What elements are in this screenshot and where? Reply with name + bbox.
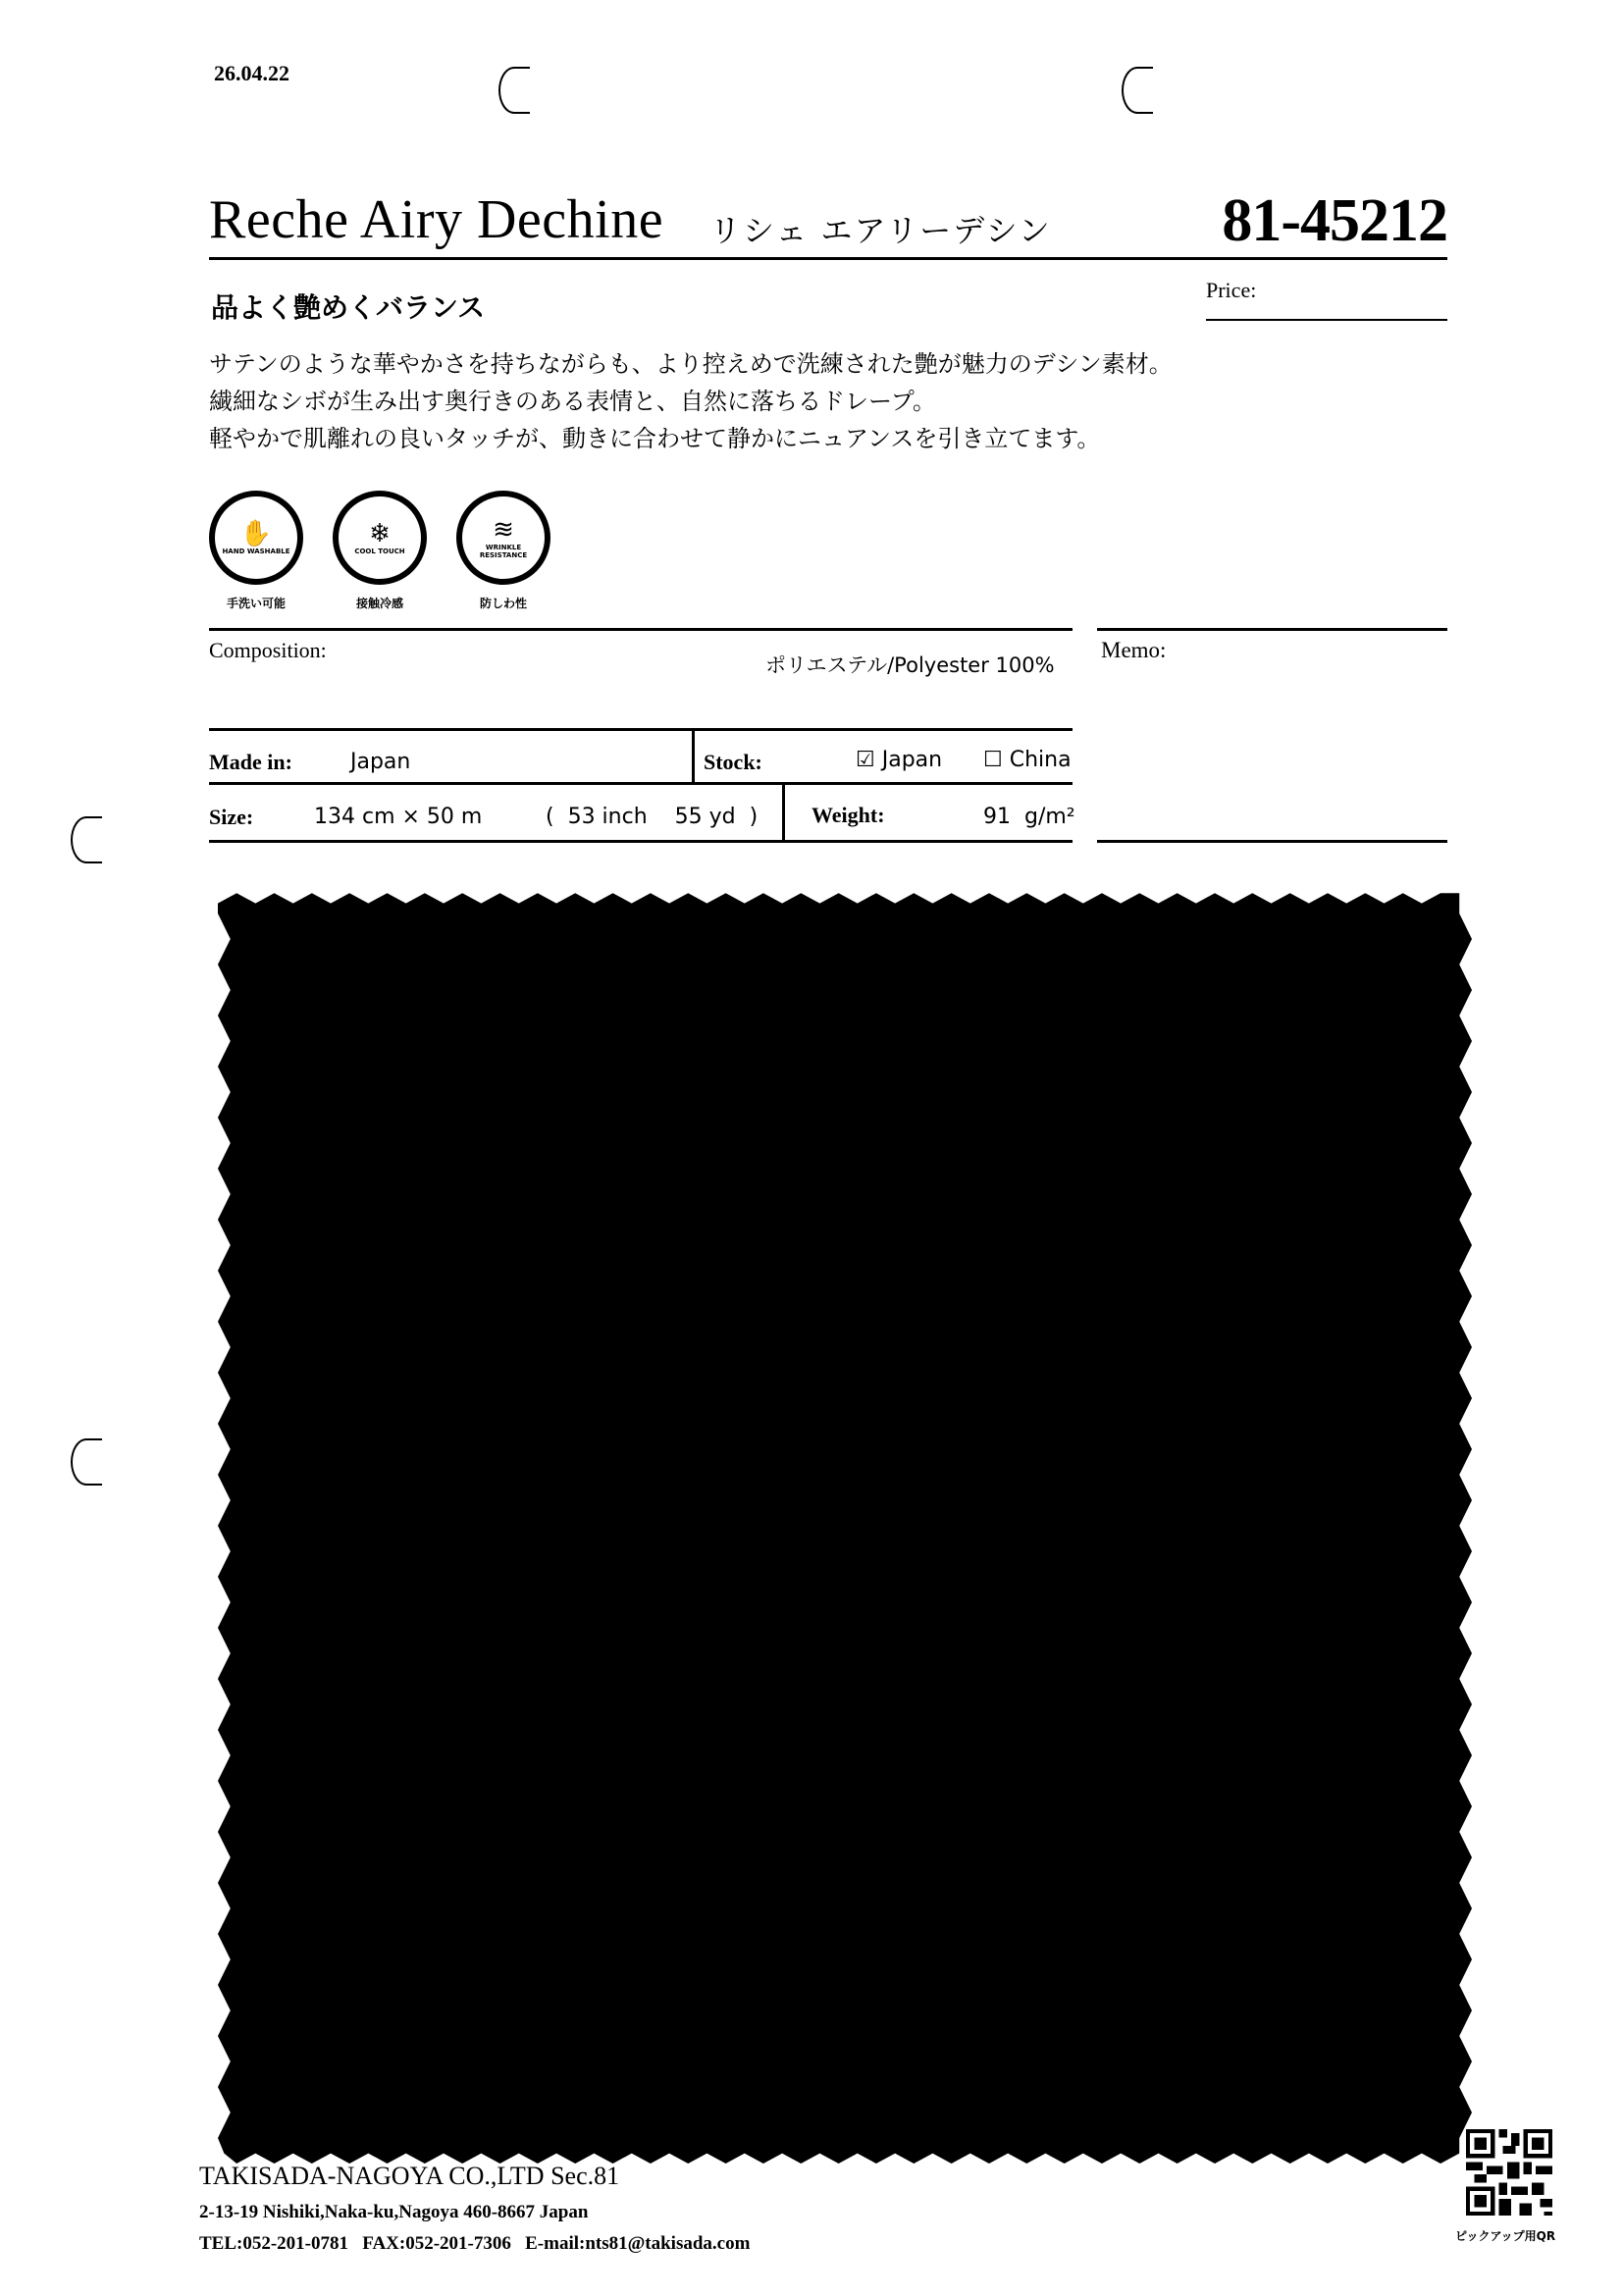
description-line: 軽やかで肌離れの良いタッチが、動きに合わせて静かにニュアンスを引き立てます。	[209, 420, 1173, 457]
product-name-en: Reche Airy Dechine	[209, 188, 663, 251]
feature-cool-touch: ❄ COOL TOUCH 接触冷感	[333, 491, 427, 611]
checkbox-checked-icon[interactable]: ☑	[856, 748, 875, 772]
qr-caption: ピックアップ用QR	[1455, 2227, 1555, 2244]
size-bottom-rule	[209, 840, 1073, 843]
weight-value: 91 g/m²	[983, 805, 1075, 829]
company-contact: TEL:052-201-0781 FAX:052-201-7306 E-mail…	[199, 2233, 750, 2255]
company-address: 2-13-19 Nishiki,Naka-ku,Nagoya 460-8667 …	[199, 2202, 588, 2223]
price-label: Price:	[1206, 278, 1256, 303]
punch-hole-mark	[1122, 67, 1153, 114]
memo-label: Memo:	[1101, 638, 1166, 663]
feature-icons: ✋ HAND WASHABLE 手洗い可能 ❄ COOL TOUCH 接触冷感 …	[209, 491, 550, 611]
composition-bottom-rule	[209, 728, 1073, 731]
stock-bottom-rule	[209, 782, 1073, 785]
punch-hole-mark	[498, 67, 530, 114]
issue-date: 26.04.22	[214, 61, 289, 86]
punch-hole-mark	[71, 1438, 102, 1486]
qr-code-icon[interactable]	[1466, 2129, 1552, 2216]
description: サテンのような華やかさを持ちながらも、より控えめで洗練された艶が魅力のデシン素材…	[209, 345, 1173, 457]
description-line: 繊細なシボが生み出す奥行きのある表情と、自然に落ちるドレープ。	[209, 383, 1173, 420]
product-code: 81-45212	[1222, 186, 1447, 256]
size-value: 134 cm × 50 m	[314, 805, 482, 829]
title-divider	[209, 257, 1447, 260]
feature-caption: 接触冷感	[333, 595, 427, 611]
memo-bottom-rule	[1097, 840, 1447, 843]
feature-caption: 手洗い可能	[209, 595, 303, 611]
hand-washable-icon: ✋ HAND WASHABLE	[209, 491, 303, 585]
description-line: サテンのような華やかさを持ちながらも、より控えめで洗練された艶が魅力のデシン素材…	[209, 345, 1173, 383]
product-name-jp: リシェ エアリーデシン	[709, 206, 1052, 251]
cool-touch-icon: ❄ COOL TOUCH	[333, 491, 427, 585]
cell-divider	[692, 728, 695, 785]
stock-option-japan[interactable]: ☑ Japan	[856, 748, 942, 772]
fabric-swatch	[218, 888, 1472, 2164]
punch-hole-mark	[71, 816, 102, 863]
wrinkle-resistance-icon: ≋ WRINKLE RESISTANCE	[456, 491, 550, 585]
feature-caption: 防しわ性	[456, 595, 550, 611]
company-name: TAKISADA-NAGOYA CO.,LTD Sec.81	[199, 2162, 619, 2191]
feature-wrinkle-resistance: ≋ WRINKLE RESISTANCE 防しわ性	[456, 491, 550, 611]
title-row: Reche Airy Dechine リシェ エアリーデシン 81-45212	[209, 188, 1447, 257]
cell-divider	[782, 785, 785, 842]
stock-label: Stock:	[704, 750, 762, 775]
weight-label: Weight:	[811, 803, 885, 828]
stock-option-china[interactable]: ☐ China	[983, 748, 1072, 772]
price-field-line	[1206, 319, 1447, 321]
size-imperial: ( 53 inch 55 yd )	[546, 805, 758, 829]
checkbox-unchecked-icon[interactable]: ☐	[983, 748, 1003, 772]
made-in-value: Japan	[350, 750, 410, 774]
memo-top-rule	[1097, 628, 1447, 631]
spec-top-rule	[209, 628, 1073, 631]
catchphrase: 品よく艶めくバランス	[211, 287, 485, 326]
composition-label: Composition:	[209, 638, 327, 663]
made-in-label: Made in:	[209, 750, 292, 775]
feature-hand-washable: ✋ HAND WASHABLE 手洗い可能	[209, 491, 303, 611]
size-label: Size:	[209, 805, 253, 830]
composition-value: ポリエステル/Polyester 100%	[765, 650, 1055, 679]
